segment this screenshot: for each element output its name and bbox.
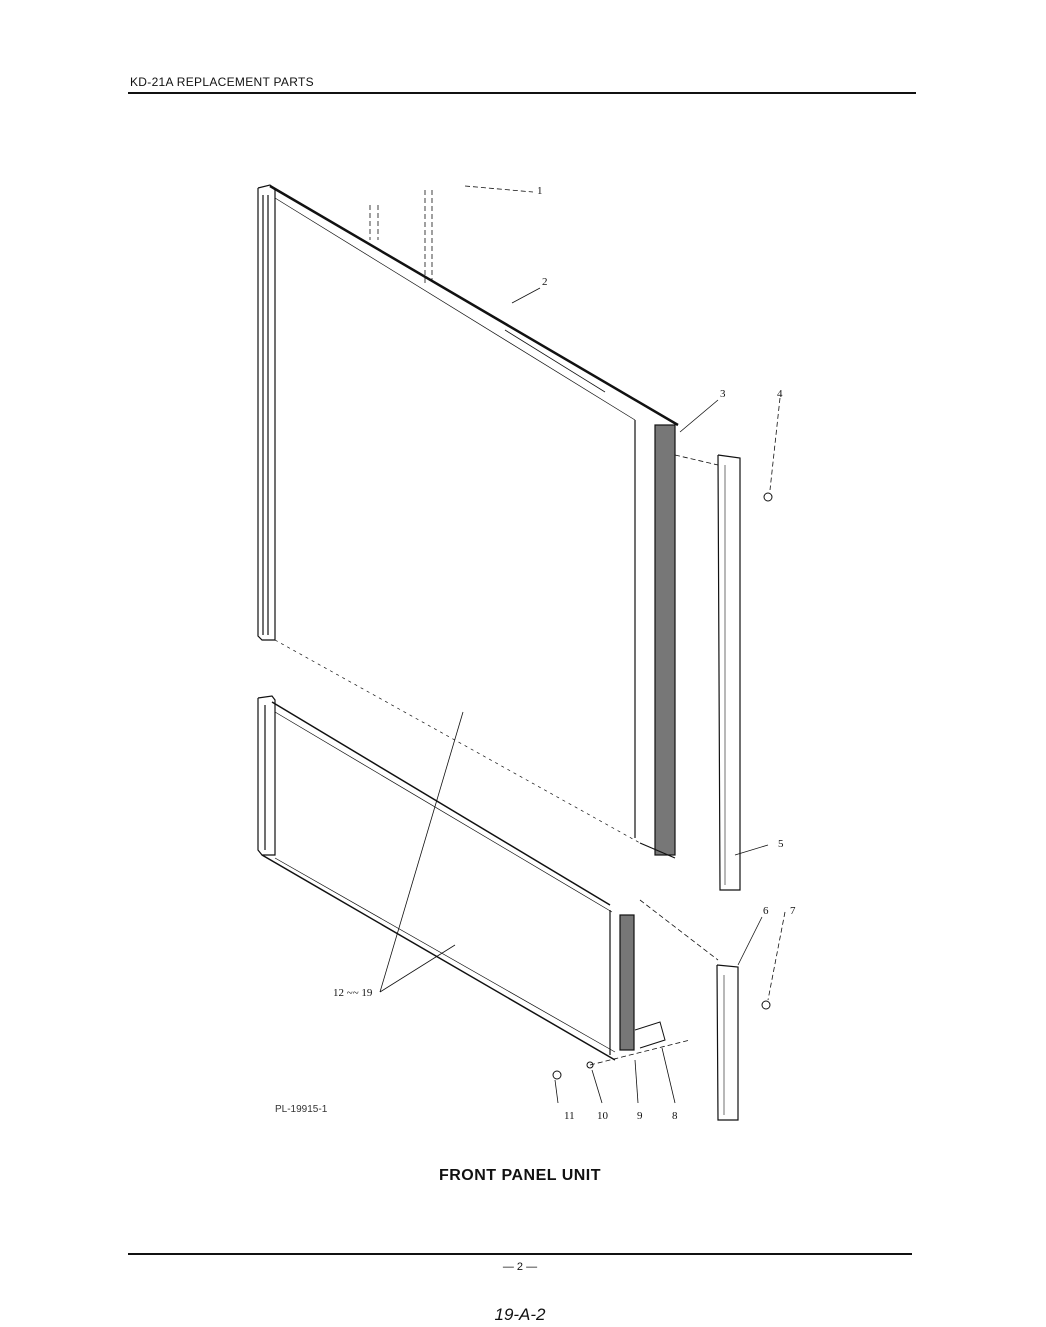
upper-panel bbox=[258, 185, 678, 858]
callout-12-19: 12 ~~ 19 bbox=[333, 987, 372, 999]
side-strip-lower bbox=[717, 965, 738, 1120]
side-strip-upper bbox=[718, 455, 740, 890]
page-number: — 2 — bbox=[0, 1261, 1040, 1273]
footer-rule bbox=[128, 1253, 912, 1255]
figure-id: PL-19915-1 bbox=[275, 1104, 327, 1115]
front-panel-exploded-drawing bbox=[0, 0, 1046, 1327]
callout-5: 5 bbox=[778, 838, 784, 850]
callout-4: 4 bbox=[777, 388, 783, 400]
handwritten-note: 19-A-2 bbox=[0, 1305, 1040, 1325]
callout-1: 1 bbox=[537, 185, 543, 197]
callout-7: 7 bbox=[790, 905, 796, 917]
callout-9: 9 bbox=[637, 1110, 643, 1122]
callout-11: 11 bbox=[564, 1110, 575, 1122]
figure-caption: FRONT PANEL UNIT bbox=[0, 1167, 1040, 1185]
callout-2: 2 bbox=[542, 276, 548, 288]
callout-10: 10 bbox=[597, 1110, 608, 1122]
callout-6: 6 bbox=[763, 905, 769, 917]
callout-3: 3 bbox=[720, 388, 726, 400]
lower-panel bbox=[258, 696, 634, 1060]
callout-8: 8 bbox=[672, 1110, 678, 1122]
